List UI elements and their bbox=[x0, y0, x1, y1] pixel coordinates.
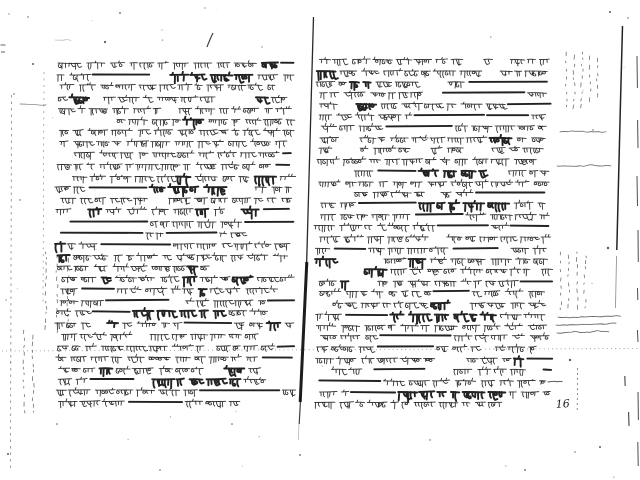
manuscript-scan-page: 16 bbox=[0, 0, 640, 480]
left-margin-ruling bbox=[1, 45, 45, 470]
gutter-fold-line bbox=[299, 17, 314, 440]
edge-dash-marks bbox=[637, 56, 638, 466]
top-diagonal-mark bbox=[207, 33, 213, 47]
right-page-edge-line bbox=[577, 26, 638, 466]
scan-specks bbox=[5, 7, 628, 478]
right-page-text-block bbox=[314, 57, 553, 409]
page-number: 16 bbox=[555, 397, 570, 411]
crease-dotted-line bbox=[2, 349, 638, 352]
right-margin-jottings bbox=[548, 52, 620, 382]
scan-surface: 16 bbox=[0, 0, 640, 480]
left-page-text-block bbox=[55, 61, 296, 408]
